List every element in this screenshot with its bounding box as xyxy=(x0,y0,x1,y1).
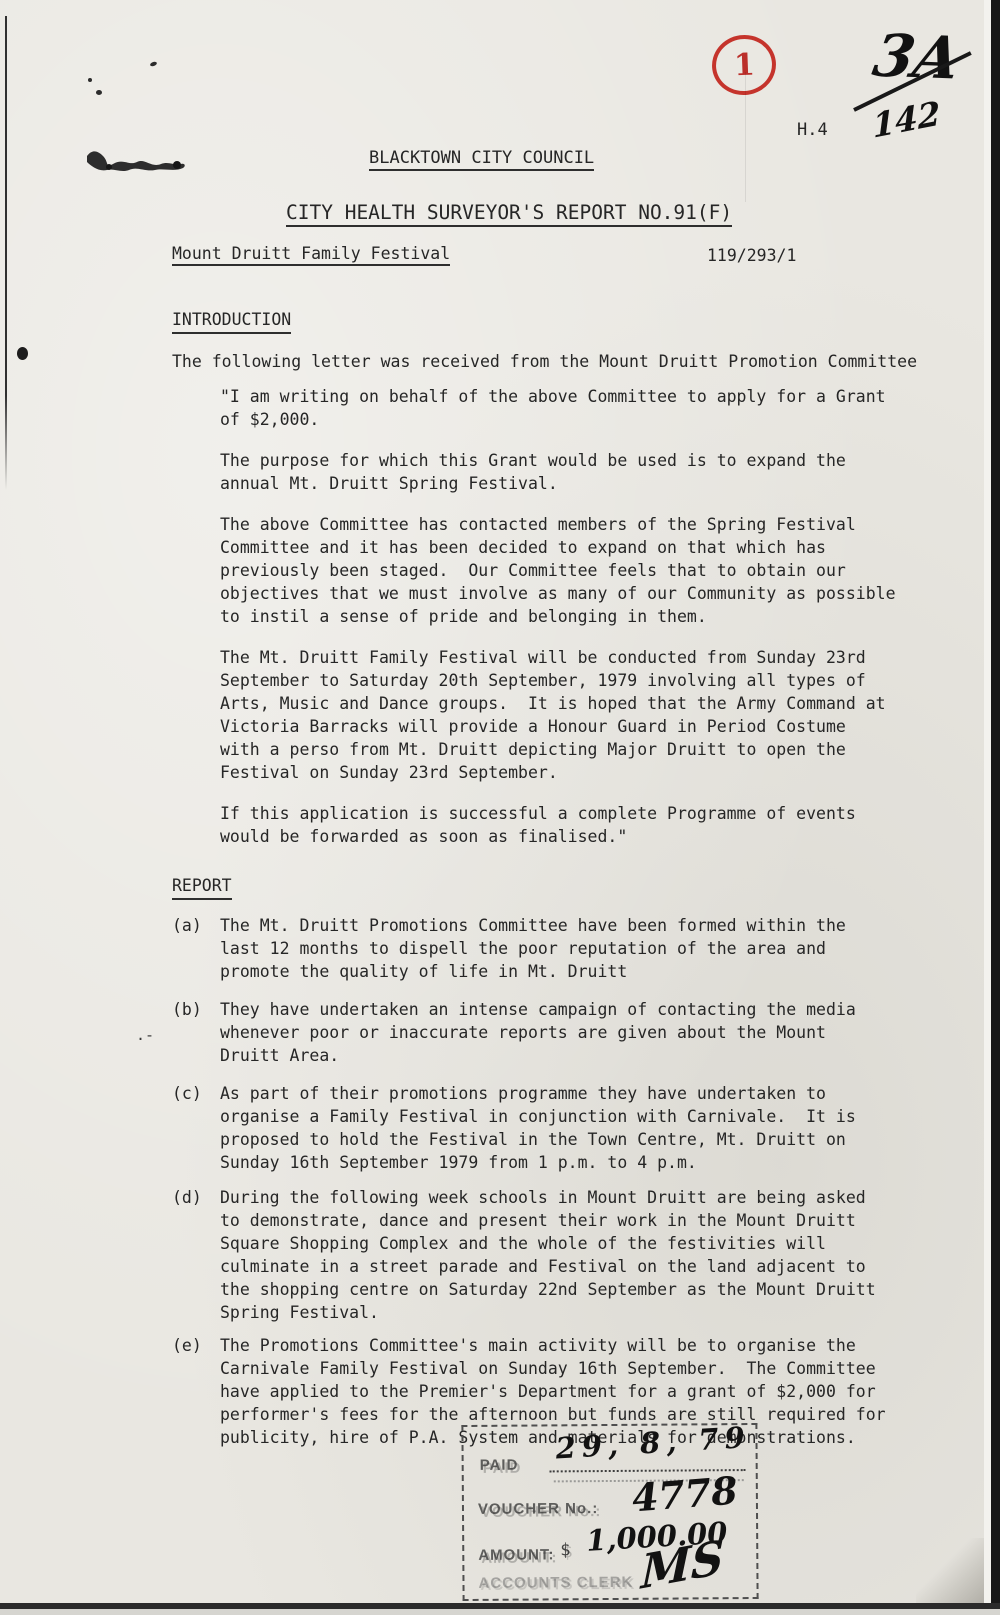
ref-code: H.4 xyxy=(797,119,828,142)
report-section: REPORT (a) The Mt. Druitt Promotions Com… xyxy=(172,874,920,1449)
paid-stamp-box: PAID 29, 8, 79 VOUCHER No.: 4778 AMOUNT:… xyxy=(461,1423,758,1601)
quoted-letter: "I am writing on behalf of the above Com… xyxy=(220,385,920,848)
report-item-label: (a) xyxy=(172,914,220,983)
circled-page-number: 1 xyxy=(708,31,780,99)
dollar-sign: $ xyxy=(560,1540,570,1560)
document-page: 1 3A 142 H.4 BLACKTOWN CITY COUNCIL CITY… xyxy=(0,0,1000,1615)
page-corner-shadow xyxy=(916,1538,992,1604)
report-item-text: The Mt. Druitt Promotions Committee have… xyxy=(220,914,920,983)
introduction-section: INTRODUCTION The following letter was re… xyxy=(172,308,920,848)
subject-line: Mount Druitt Family Festival xyxy=(172,244,450,263)
subject-text: Mount Druitt Family Festival xyxy=(172,244,450,266)
introduction-lead: The following letter was received from t… xyxy=(172,350,920,373)
scan-edge-right-dark xyxy=(991,0,1000,1615)
letter-paragraph: The Mt. Druitt Family Festival will be c… xyxy=(220,646,920,784)
amount-label: AMOUNT: xyxy=(478,1546,554,1564)
report-item-text: During the following week schools in Mou… xyxy=(220,1186,920,1324)
letter-paragraph: If this application is successful a comp… xyxy=(220,802,920,848)
report-title: CITY HEALTH SURVEYOR'S REPORT NO.91(F) xyxy=(286,201,732,224)
report-item-label: (b) xyxy=(172,998,220,1067)
ink-speck xyxy=(150,61,158,67)
voucher-label: VOUCHER No.: xyxy=(478,1500,598,1518)
ink-speck xyxy=(88,78,92,82)
paid-date-handwritten: 29, 8, 79 xyxy=(555,1420,752,1466)
report-item: (d) During the following week schools in… xyxy=(172,1186,920,1324)
report-item-label: (c) xyxy=(172,1082,220,1174)
report-item-text: As part of their promotions programme th… xyxy=(220,1082,920,1174)
ink-dot xyxy=(17,347,28,360)
report-item-label: (d) xyxy=(172,1186,220,1324)
circled-page-number-value: 1 xyxy=(733,47,755,83)
document-body: INTRODUCTION The following letter was re… xyxy=(172,308,920,1449)
accounts-clerk-label: ACCOUNTS CLERK xyxy=(478,1574,633,1592)
paper-crease xyxy=(745,72,746,202)
report-item-label: (e) xyxy=(172,1334,220,1449)
report-heading-row: REPORT xyxy=(172,874,920,900)
letter-paragraph: The above Committee has contacted member… xyxy=(220,513,920,628)
report-item: (b) They have undertaken an intense camp… xyxy=(172,998,920,1067)
file-number: 119/293/1 xyxy=(707,244,796,267)
report-heading: REPORT xyxy=(172,874,232,900)
letter-paragraph: "I am writing on behalf of the above Com… xyxy=(220,385,920,431)
scan-edge-right-light xyxy=(984,0,991,1615)
report-title-text: CITY HEALTH SURVEYOR'S REPORT NO.91(F) xyxy=(286,201,732,227)
ink-smudge xyxy=(85,142,190,176)
letter-paragraph: The purpose for which this Grant would b… xyxy=(220,449,920,495)
council-title: BLACKTOWN CITY COUNCIL xyxy=(369,148,594,168)
ink-speck xyxy=(96,90,102,95)
report-item: (a) The Mt. Druitt Promotions Committee … xyxy=(172,914,920,983)
report-item-text: They have undertaken an intense campaign… xyxy=(220,998,920,1067)
margin-mark: .- xyxy=(136,1026,154,1044)
report-item: (c) As part of their promotions programm… xyxy=(172,1082,920,1174)
council-title-text: BLACKTOWN CITY COUNCIL xyxy=(369,148,594,171)
voucher-number-handwritten: 4778 xyxy=(630,1467,739,1520)
scan-edge-left xyxy=(5,16,7,490)
paid-label: PAID xyxy=(480,1457,519,1474)
introduction-heading: INTRODUCTION xyxy=(172,308,291,334)
scan-edge-bottom-light xyxy=(0,1609,1000,1615)
handwritten-page-note: 142 xyxy=(872,93,942,146)
